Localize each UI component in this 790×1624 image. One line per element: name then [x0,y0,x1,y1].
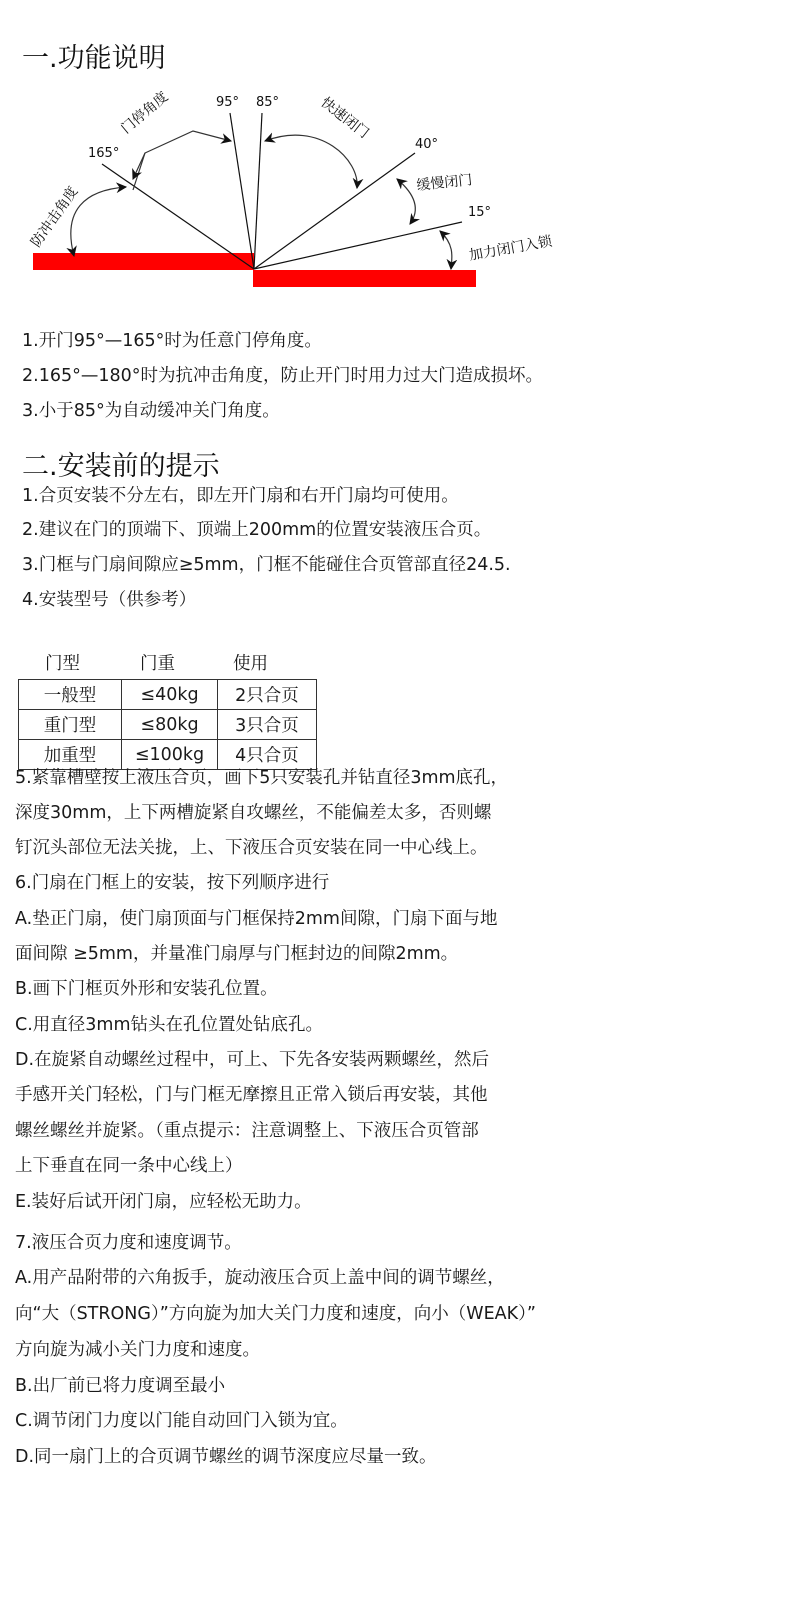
line-95 [230,113,254,269]
instruction-line: 上下垂直在同一条中心线上） [15,1152,243,1177]
table-cell: 一般型 [19,680,122,710]
label-force-lock: 加力闭门入锁 [468,232,555,264]
section-title-preinstall: 二.安装前的提示 [22,444,220,483]
table-cell: ≤40kg [122,680,218,710]
table-cell: 2只合页 [218,680,317,710]
label-fast-close: 快速闭门 [318,94,373,142]
label-stop-angle: 门停角度 [118,88,172,137]
table-header-door-type: 门型 [45,650,80,675]
instruction-line: 5.紧靠槽壁按上液压合页，画下5只安装孔并钻直径3mm底孔， [15,764,508,789]
instruction-line: A.垫正门扇，使门扇顶面与门框保持2mm间隙，门扇下面与地 [15,905,497,930]
function-item-2: 2.165°—180°时为抗冲击角度，防止开门时用力过大门造成损坏。 [22,362,543,387]
instruction-line: 方向旋为减小关门力度和速度。 [15,1336,260,1361]
hinge-angle-diagram: 165° 95° 85° 40° 15° 门停角度 防冲击角度 快速闭门 缓慢闭… [0,80,600,295]
instruction-line: 7.液压合页力度和速度调节。 [15,1229,242,1254]
preinstall-item-3: 3.门框与门扇间隙应≥5mm，门框不能碰住合页管部直径24.5. [22,551,511,576]
instruction-line: E.装好后试开闭门扇，应轻松无助力。 [15,1188,312,1213]
instruction-line: 手感开关门轻松，门与门框无摩擦且正常入锁后再安装，其他 [15,1081,488,1106]
instruction-line: D.在旋紧自动螺丝过程中，可上、下先各安装两颗螺丝，然后 [15,1046,489,1071]
line-40 [254,153,415,269]
slow-close-arrow [397,179,415,224]
stop-angle-arrow-left [133,153,145,179]
label-slow-close: 缓慢闭门 [416,171,473,194]
table-cell: 3只合页 [218,710,317,740]
preinstall-item-4: 4.安装型号（供参考） [22,586,196,611]
door-bar-right [253,270,476,287]
instruction-line: B.出厂前已将力度调至最小 [15,1372,225,1397]
stop-angle-arrow-right [133,131,231,190]
instruction-line: C.用直径3mm钻头在孔位置处钻底孔。 [15,1011,323,1036]
anti-impact-arrow [71,187,126,256]
table-cell: 重门型 [19,710,122,740]
instruction-line: 6.门扇在门框上的安装，按下列顺序进行 [15,869,329,894]
instruction-line: D.同一扇门上的合页调节螺丝的调节深度应尽量一致。 [15,1443,437,1468]
angle-165: 165° [88,146,119,161]
preinstall-item-2: 2.建议在门的顶端下、顶端上200mm的位置安装液压合页。 [22,516,491,541]
table-row: 重门型 ≤80kg 3只合页 [19,710,317,740]
preinstall-item-1: 1.合页安装不分左右，即左开门扇和右开门扇均可使用。 [22,482,459,507]
table-row: 一般型 ≤40kg 2只合页 [19,680,317,710]
table-header-door-weight: 门重 [140,650,175,675]
hinge-spec-table: 一般型 ≤40kg 2只合页 重门型 ≤80kg 3只合页 加重型 ≤100kg… [18,679,317,770]
section-title-function: 一.功能说明 [22,36,166,75]
function-item-1: 1.开门95°—165°时为任意门停角度。 [22,327,322,352]
instruction-line: 钉沉头部位无法关拢，上、下液压合页安装在同一中心线上。 [15,834,488,859]
force-lock-arrow [440,231,452,269]
instruction-line: 面间隙 ≥5mm，并量准门扇厚与门框封边的间隙2mm。 [15,940,458,965]
instruction-line: A.用产品附带的六角扳手，旋动液压合页上盖中间的调节螺丝， [15,1264,505,1289]
table-cell: ≤80kg [122,710,218,740]
instruction-line: 螺丝螺丝并旋紧。（重点提示：注意调整上、下液压合页管部 [15,1117,479,1142]
instruction-line: B.画下门框页外形和安装孔位置。 [15,975,278,1000]
door-bar-left [33,253,254,270]
angle-15: 15° [468,205,491,220]
instruction-line: C.调节闭门力度以门能自动回门入锁为宜。 [15,1407,348,1432]
line-85 [254,113,262,269]
angle-95: 95° [216,95,239,110]
angle-40: 40° [415,137,438,152]
function-item-3: 3.小于85°为自动缓冲关门角度。 [22,397,280,422]
angle-85: 85° [256,95,279,110]
fast-close-arrow [265,135,357,188]
instruction-line: 向“大（STRONG）”方向旋为加大关门力度和速度，向小（WEAK）” [15,1300,536,1325]
instruction-line: 深度30mm，上下两槽旋紧自攻螺丝，不能偏差太多，否则螺 [15,799,491,824]
table-header-usage: 使用 [233,650,268,675]
line-15 [254,222,462,269]
